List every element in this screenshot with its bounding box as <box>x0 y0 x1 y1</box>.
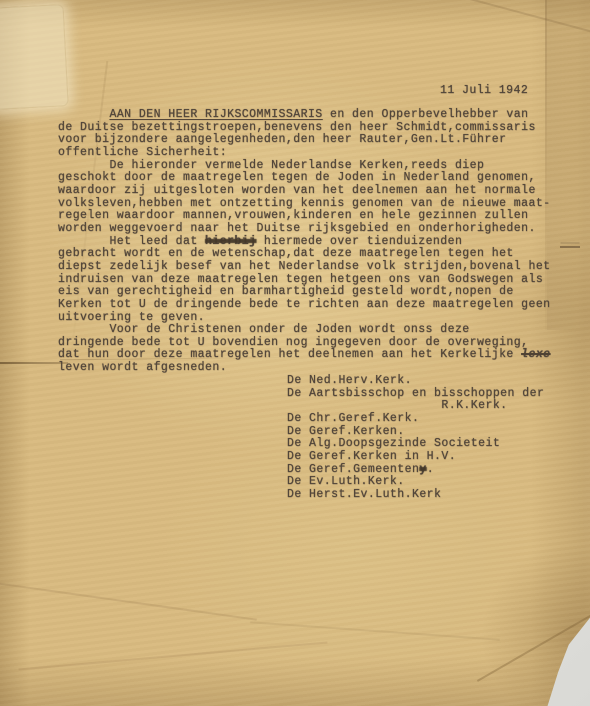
text-segment: Kerken tot U de dringende bede te richte… <box>58 298 551 311</box>
struck-word: y <box>419 463 426 476</box>
signature-line: De Herst.Ev.Luth.Kerk <box>287 489 544 502</box>
text-segment: leven wordt afgesneden. <box>58 361 227 374</box>
text-segment: De Alg.Doopsgezinde Societeit <box>287 437 500 450</box>
text-segment: De Ned.Herv.Kerk. <box>287 374 412 387</box>
text-segment: De Geref.Kerken in H.V. <box>287 450 456 463</box>
text-segment: waardoor zij uitgesloten worden van het … <box>58 184 536 197</box>
text-segment: R.K.Kerk. <box>287 399 508 412</box>
letter-date: 11 Juli 1942 <box>440 85 528 98</box>
text-segment: gebracht wordt en de wetenschap,dat deze… <box>58 247 514 260</box>
underlined-heading: AAN DEN HEER RIJKSCOMMISSARIS <box>109 108 322 121</box>
text-segment: regelen waardoor mannen,vrouwen,kinderen… <box>58 209 528 222</box>
text-segment: offentliche Sicherheit: <box>58 146 227 159</box>
text-segment: worden weggevoerd naar het Duitse rijksg… <box>58 222 536 235</box>
text-segment: De hieronder vermelde Nederlandse Kerken… <box>58 159 484 172</box>
text-segment: De Geref.Kerken. <box>287 425 405 438</box>
text-segment: indruisen van deze maatregelen tegen het… <box>58 273 543 286</box>
scanned-letter: 11 Juli 1942 AAN DEN HEER RIJKSCOMMISSAR… <box>0 0 590 706</box>
text-segment: De Herst.Ev.Luth.Kerk <box>287 488 441 501</box>
text-segment: dringende bede tot U bovendien nog ingeg… <box>58 336 528 349</box>
body-line: leven wordt afgesneden. <box>58 362 551 375</box>
text-segment: Voor de Christenen onder de Joden wordt … <box>58 323 470 336</box>
text-segment: de Duitse bezettingstroepen,benevens den… <box>58 121 536 134</box>
text-segment: De Ev.Luth.Kerk. <box>287 475 405 488</box>
text-segment: De Aartsbisschop en bisschoppen der <box>287 387 544 400</box>
text-segment: hiermede over tienduizenden <box>257 235 463 248</box>
signature-block: De Ned.Herv.Kerk.De Aartsbisschop en bis… <box>287 375 544 502</box>
text-segment: volksleven,hebben met ontzetting kennis … <box>58 197 551 210</box>
text-segment: . <box>427 463 434 476</box>
text-segment: De Chr.Geref.Kerk. <box>287 412 419 425</box>
text-segment: geschokt door de maatregelen tegen de Jo… <box>58 171 536 184</box>
letter-body: AAN DEN HEER RIJKSCOMMISSARIS en den Opp… <box>58 109 551 375</box>
struck-word: lexe <box>521 348 550 361</box>
text-segment: Het leed dat <box>58 235 205 248</box>
struck-word: hierbij <box>205 235 256 248</box>
text-segment: voor bijzondere aangelegenheden,den heer… <box>58 133 506 146</box>
text-segment: eis van gerechtigheid en barmhartigheid … <box>58 285 514 298</box>
text-segment: dat hun door deze maatregelen het deelne… <box>58 348 521 361</box>
text-segment: De Geref.Gemeenten <box>287 463 419 476</box>
text-segment <box>58 108 109 121</box>
text-segment: uitvoering te geven. <box>58 311 205 324</box>
text-segment: en den Opperbevelhebber van <box>323 108 529 121</box>
text-segment: diepst zedelijk besef van het Nederlands… <box>58 260 551 273</box>
